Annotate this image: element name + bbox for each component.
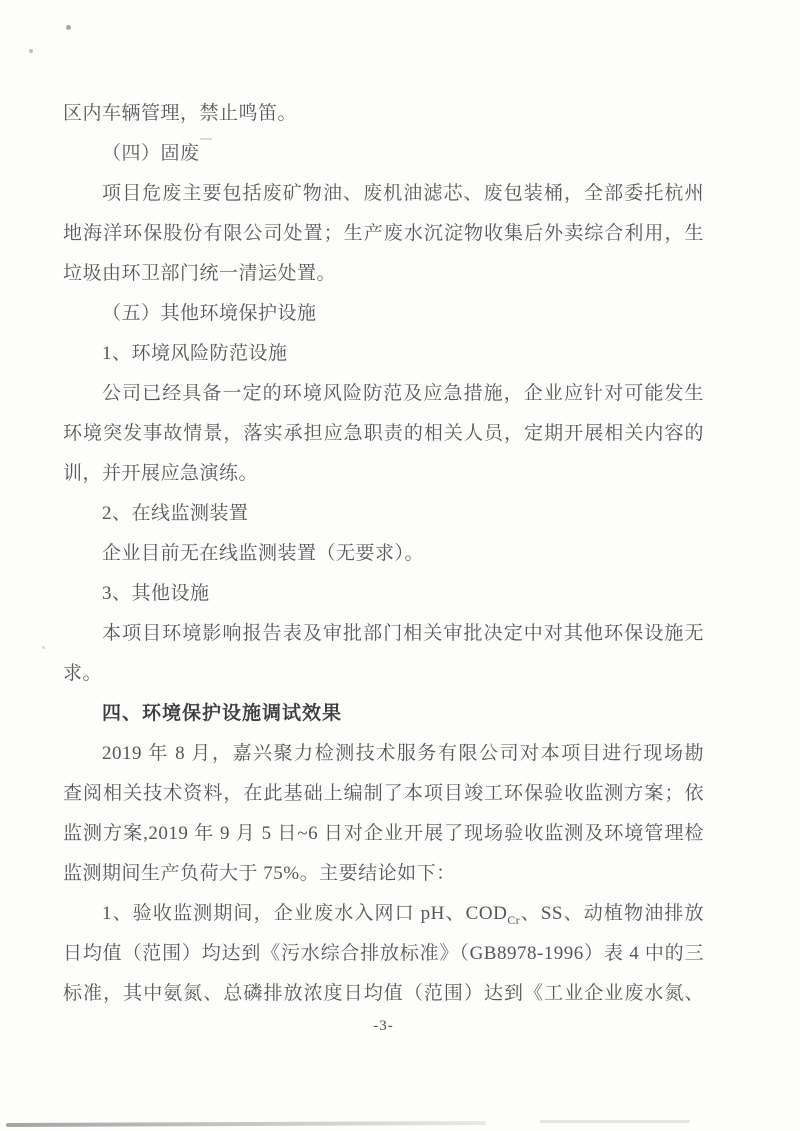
text-line: 企业目前无在线监测装置（无要求）。 (63, 534, 704, 574)
text-line: （五）其他环境保护设施 (63, 294, 704, 334)
scanned-document-page: 区内车辆管理，禁止鸣笛。（四）固废项目危废主要包括废矿物油、废机油滤芯、废包装桶… (0, 0, 800, 1131)
text-line: （四）固废 (63, 134, 704, 174)
scan-bottom-shadow (6, 1121, 486, 1127)
document-body: 区内车辆管理，禁止鸣笛。（四）固废项目危废主要包括废矿物油、废机油滤芯、废包装桶… (63, 94, 704, 1014)
scan-speck (29, 49, 33, 53)
text-line: 公司已经具备一定的环境风险防范及应急措施，企业应针对可能发生的 (63, 374, 704, 414)
text-line: 查阅相关技术资料，在此基础上编制了本项目竣工环保验收监测方案；依据 (63, 774, 704, 814)
text-line: 2、在线监测装置 (63, 494, 704, 534)
text-line: 标准，其中氨氮、总磷排放浓度日均值（范围）达到《工业企业废水氮、磷 (63, 974, 704, 1014)
scan-speck (42, 646, 45, 649)
text-line: 1、环境风险防范设施 (63, 334, 704, 374)
text-line: 地海洋环保股份有限公司处置；生产废水沉淀物收集后外卖综合利用，生活 (63, 214, 704, 254)
text-line: 1、验收监测期间，企业废水入网口 pH、CODCr、SS、动植物油排放浓度 (63, 894, 704, 934)
text-line: 求。 (63, 654, 704, 694)
scan-bottom-shadow (540, 1120, 690, 1123)
text-line: 2019 年 8 月，嘉兴聚力检测技术服务有限公司对本项目进行现场勘察， (63, 734, 704, 774)
scan-speck (66, 25, 71, 30)
section-heading: 四、环境保护设施调试效果 (63, 694, 704, 734)
text-line: 垃圾由环卫部门统一清运处置。 (63, 254, 704, 294)
text-line: 监测方案,2019 年 9 月 5 日~6 日对企业开展了现场验收监测及环境管理… (63, 814, 704, 854)
text-line: 项目危废主要包括废矿物油、废机油滤芯、废包装桶，全部委托杭州大 (63, 174, 704, 214)
text-line: 3、其他设施 (63, 574, 704, 614)
text-line: 训，并开展应急演练。 (63, 454, 704, 494)
text-line: 监测期间生产负荷大于 75%。主要结论如下： (63, 854, 704, 894)
text-line: 本项目环境影响报告表及审批部门相关审批决定中对其他环保设施无要 (63, 614, 704, 654)
subscript: Cr (507, 914, 520, 927)
page-number: -3- (63, 1014, 704, 1038)
text-line: 区内车辆管理，禁止鸣笛。 (63, 94, 704, 134)
text-line: 环境突发事故情景，落实承担应急职责的相关人员，定期开展相关内容的培 (63, 414, 704, 454)
text-line: 日均值（范围）均达到《污水综合排放标准》（GB8978-1996）表 4 中的三… (63, 934, 704, 974)
